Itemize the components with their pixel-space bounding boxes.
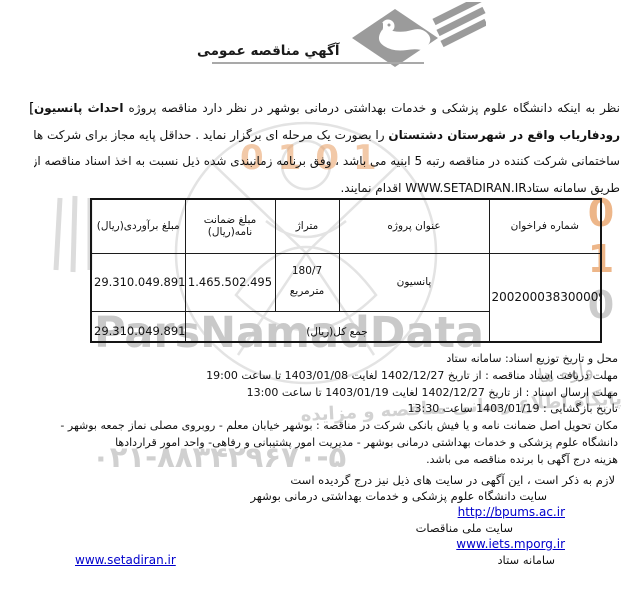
- project-location-bold: رودفاریاب واقع در شهرستان دشتستان: [388, 128, 620, 142]
- intro-line: نظر به اینکه دانشگاه علوم پزشکی و خدمات …: [34, 95, 620, 122]
- cell-project-title: پانسیون: [339, 253, 489, 311]
- intro-line: رودفاریاب واقع در شهرستان دشتستان را بصو…: [34, 122, 620, 149]
- title-underline: [212, 62, 424, 64]
- col-header-estimated-amount: مبلغ برآوردی(ریال): [91, 199, 185, 253]
- detail-publication-cost: هزینه درج آگهی با برنده مناقصه می باشد.: [28, 452, 618, 469]
- detail-opening-date: تاریخ بازگشایی : 1403/01/19 ساعت 13:30: [28, 401, 618, 418]
- cell-total-estimated-amount: 29.310.049.891: [91, 311, 185, 342]
- tender-details: محل و تاریخ توزیع اسناد: سامانه ستاد مهل…: [28, 351, 618, 469]
- sites-note: لازم به ذکر است ، این آگهی در سایت های ذ…: [0, 472, 615, 488]
- university-site-link[interactable]: http://bpums.ac.ir: [458, 505, 565, 519]
- national-tenders-site-link[interactable]: www.iets.mporg.ir: [456, 537, 565, 551]
- university-site-label: سایت دانشگاه علوم پزشکی و خدمات بهداشتی …: [0, 488, 615, 504]
- detail-distribution-place: محل و تاریخ توزیع اسناد: سامانه ستاد: [28, 351, 618, 368]
- organization-logo-icon: [338, 2, 486, 68]
- setadiran-url-text: WWW.SETADIRAN.IR: [405, 181, 526, 195]
- detail-delivery-location: مکان تحویل اصل ضمانت نامه و یا فیش بانکی…: [28, 418, 618, 452]
- cell-guarantee-amount: 1.465.502.495: [185, 253, 275, 311]
- col-header-call-number: شماره فراخوان: [489, 199, 601, 253]
- cell-total-label: جمع کل(ریال): [185, 311, 489, 342]
- national-tenders-site-label: سایت ملی مناقصات: [0, 520, 615, 536]
- cell-call-number: 2002000383000097: [489, 253, 601, 342]
- intro-text: اقدام نمایند.: [340, 181, 405, 195]
- published-sites: لازم به ذکر است ، این آگهی در سایت های ذ…: [0, 472, 615, 568]
- detail-send-deadline: مهلت ارسال اسناد : از تاریخ 1402/12/27 ل…: [28, 385, 618, 402]
- cell-area: 180/7 مترمربع: [275, 253, 339, 311]
- setadiran-site-link[interactable]: www.setadiran.ir: [75, 553, 176, 567]
- intro-text: نظر به اینکه دانشگاه علوم پزشکی و خدمات …: [124, 101, 620, 115]
- intro-line: ساختمانی شرکت کننده در مناقصه رتبه 5 ابن…: [34, 148, 620, 175]
- intro-paragraph: نظر به اینکه دانشگاه علوم پزشکی و خدمات …: [34, 95, 620, 201]
- tender-table: شماره فراخوان عنوان پروژه متراژ مبلغ ضما…: [90, 198, 602, 343]
- col-header-project-title: عنوان پروژه: [339, 199, 489, 253]
- col-header-area: متراژ: [275, 199, 339, 253]
- cell-estimated-amount: 29.310.049.891: [91, 253, 185, 311]
- area-value: 180/7: [278, 262, 337, 282]
- page-title: آگهي مناقصه عمومی: [197, 43, 339, 59]
- intro-text: را بصورت یک مرحله ای برگزار نماید . حداق…: [34, 128, 388, 142]
- table-header-row: شماره فراخوان عنوان پروژه متراژ مبلغ ضما…: [91, 199, 601, 253]
- area-unit: مترمربع: [278, 282, 337, 302]
- detail-receive-deadline: مهلت دریافت اسناد مناقصه : از تاریخ 1402…: [28, 368, 618, 385]
- project-name-bold: احداث پانسیون: [34, 101, 124, 115]
- intro-text: ساختمانی شرکت کننده در مناقصه رتبه 5 ابن…: [34, 154, 620, 168]
- col-header-guarantee-amount: مبلغ ضمانت نامه(ریال): [185, 199, 275, 253]
- intro-text: طریق سامانه ستاد: [527, 181, 620, 195]
- table-data-row: 2002000383000097 پانسیون 180/7 مترمربع 1…: [91, 253, 601, 311]
